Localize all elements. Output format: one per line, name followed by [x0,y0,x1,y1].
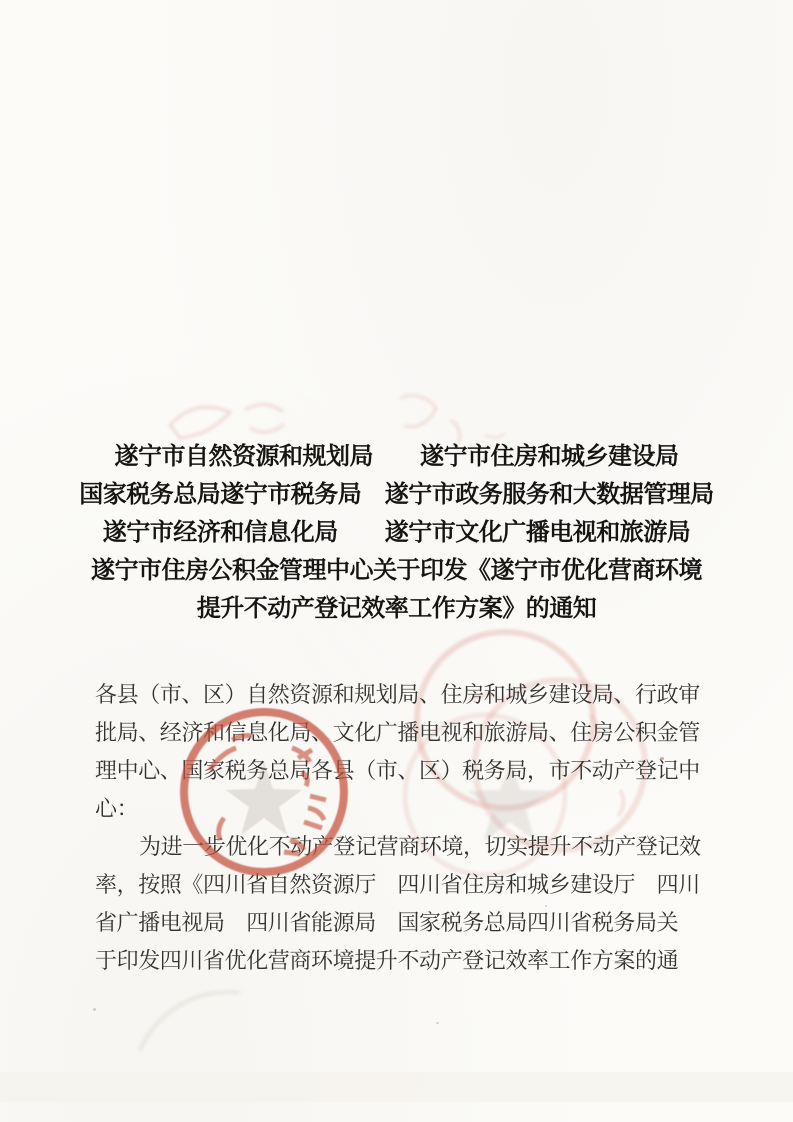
faint-arc [140,992,240,1050]
body-line: 于印发四川省优化营商环境提升不动产登记效率工作方案的通 [95,942,713,980]
body-line: 省广播电视局 四川省能源局 国家税务总局四川省税务局关 [95,904,713,942]
stamp-fragment-mark [245,404,284,432]
addressee-line: 理中心、国家税务总局各县（市、区）税务局，市不动产登记中 [95,752,713,790]
scanned-notice-page: 遂宁市自然资源和规划局 遂宁市住房和城乡建设局 国家税务总局遂宁市税务局 遂宁市… [0,0,793,1122]
title-line: 遂宁市经济和信息化局 遂宁市文化广播电视和旅游局 [0,514,793,552]
title-line: 提升不动产登记效率工作方案》的通知 [0,590,793,628]
body-line: 为进一步优化不动产登记营商环境，切实提升不动产登记效 [95,828,713,866]
notice-body: 各县（市、区）自然资源和规划局、住房和城乡建设局、行政审 批局、经济和信息化局、… [95,676,713,980]
stamp-fragment-mark [170,407,230,438]
notice-title: 遂宁市自然资源和规划局 遂宁市住房和城乡建设局 国家税务总局遂宁市税务局 遂宁市… [0,438,793,628]
stamp-fragment-mark [485,433,505,438]
scan-shadow-band [0,1072,793,1102]
scan-speck [436,1022,439,1024]
body-line: 率，按照《四川省自然资源厅 四川省住房和城乡建设厅 四川 [95,866,713,904]
scan-speck [93,1008,96,1011]
faint-seal-arc [120,975,280,1065]
addressee-line: 各县（市、区）自然资源和规划局、住房和城乡建设局、行政审 [95,676,713,714]
title-line: 遂宁市住房公积金管理中心关于印发《遂宁市优化营商环境 [0,552,793,590]
stamp-fragment-mark [400,396,460,444]
addressee-line: 批局、经济和信息化局、文化广播电视和旅游局、住房公积金管 [95,714,713,752]
title-line: 遂宁市自然资源和规划局 遂宁市住房和城乡建设局 [0,438,793,476]
addressee-line: 心： [95,790,713,828]
title-line: 国家税务总局遂宁市税务局 遂宁市政务服务和大数据管理局 [0,476,793,514]
